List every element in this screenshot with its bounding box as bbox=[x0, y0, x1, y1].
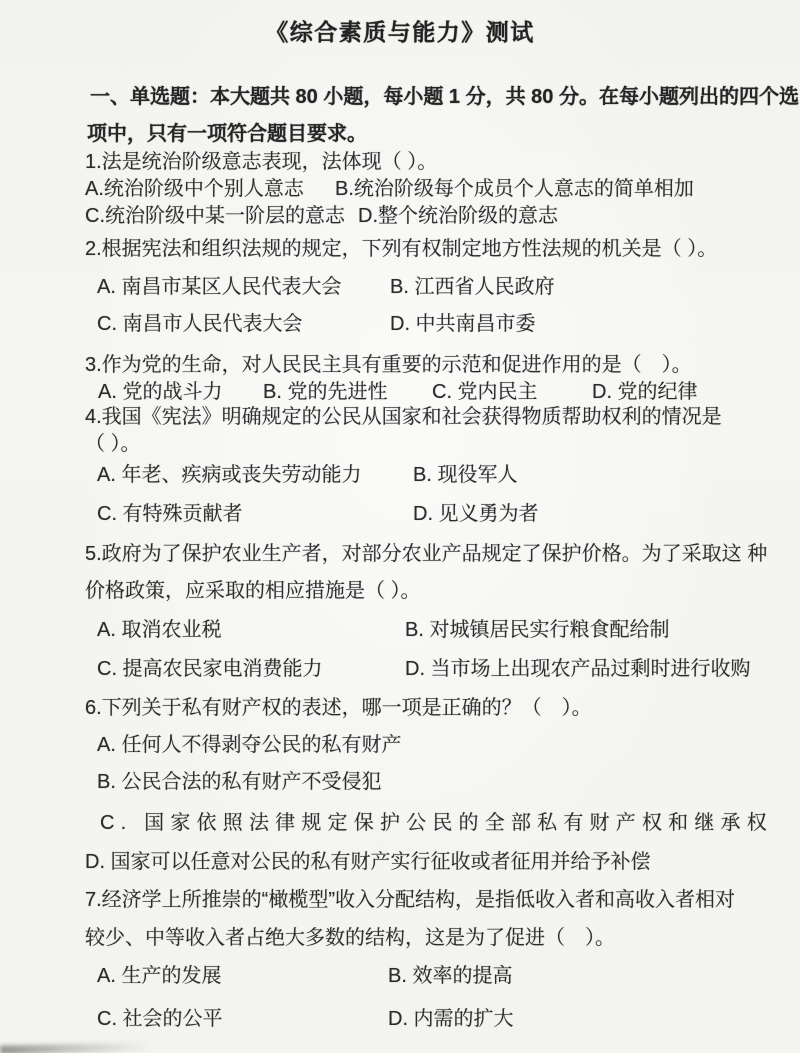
q2-option-c: C. 南昌市人民代表大会 bbox=[97, 311, 303, 337]
q1-option-c: C.统治阶级中某一阶层的意志 bbox=[85, 203, 345, 229]
q5-stem-text: 价格政策，应采取的相应措施是（ ）。 bbox=[85, 578, 421, 604]
q7-option-d: D. 内需的扩大 bbox=[388, 1006, 514, 1032]
q7-stem-text: 7.经济学上所推崇的“橄榄型”收入分配结构，是指低收入者和高收入者相对 bbox=[85, 887, 735, 913]
q6-option-d: D. 国家可以任意对公民的私有财产实行征收或者征用并给予补偿 bbox=[85, 849, 651, 875]
q4-stem-text: （ ）。 bbox=[85, 431, 141, 457]
q3-option-a: A. 党的战斗力 bbox=[98, 379, 222, 405]
q4-stem-line1: 4.我国《宪法》明确规定的公民从国家和社会获得物质帮助权利的情况是 bbox=[0, 404, 800, 430]
q5-options-row-2: C. 提高农民家电消费能力 D. 当市场上出现农产品过剩时进行收购 bbox=[0, 656, 800, 682]
q2-stem-text: 2.根据宪法和组织法规的规定，下列有权制定地方性法规的机关是（ ）。 bbox=[85, 236, 717, 262]
q5-stem-text: 5.政府为了保护农业生产者，对部分农业产品规定了保护价格。为了采取这 种 bbox=[85, 541, 767, 567]
q4-options-row-2: C. 有特殊贡献者 D. 见义勇为者 bbox=[0, 501, 800, 527]
q2-stem: 2.根据宪法和组织法规的规定，下列有权制定地方性法规的机关是（ ）。 bbox=[0, 236, 800, 262]
q7-option-a: A. 生产的发展 bbox=[97, 963, 221, 989]
q4-option-a: A. 年老、疾病或丧失劳动能力 bbox=[97, 462, 361, 488]
document-page: 《综合素质与能力》测试 一、单选题：本大题共 80 小题，每小题 1 分，共 8… bbox=[0, 0, 800, 1053]
q1-stem: 1.法是统治阶级意志表现，法体现（ ）。 bbox=[0, 149, 800, 175]
q5-option-c: C. 提高农民家电消费能力 bbox=[97, 656, 323, 682]
q4-option-d: D. 见义勇为者 bbox=[413, 501, 539, 527]
q3-options-row: A. 党的战斗力 B. 党的先进性 C. 党内民主 D. 党的纪律 bbox=[0, 379, 800, 405]
q6-option-b: B. 公民合法的私有财产不受侵犯 bbox=[97, 769, 381, 795]
q6-stem: 6.下列关于私有财产权的表述，哪一项是正确的？（ ）。 bbox=[0, 695, 800, 721]
q2-option-b: B. 江西省人民政府 bbox=[390, 274, 554, 300]
section-header-text: 一、单选题：本大题共 80 小题，每小题 1 分，共 80 分。在每小题列出的四… bbox=[90, 84, 799, 110]
q5-option-d: D. 当市场上出现农产品过剩时进行收购 bbox=[405, 656, 751, 682]
q4-option-c: C. 有特殊贡献者 bbox=[97, 501, 243, 527]
q3-option-b: B. 党的先进性 bbox=[263, 379, 387, 405]
q5-stem-line1: 5.政府为了保护农业生产者，对部分农业产品规定了保护价格。为了采取这 种 bbox=[0, 541, 800, 567]
section-header-line1: 一、单选题：本大题共 80 小题，每小题 1 分，共 80 分。在每小题列出的四… bbox=[0, 84, 800, 110]
q6-option-c-row: C. 国家依照法律规定保护公民的全部私有财产权和继承权 bbox=[0, 810, 800, 836]
q5-stem-line2: 价格政策，应采取的相应措施是（ ）。 bbox=[0, 578, 800, 604]
q7-option-c: C. 社会的公平 bbox=[97, 1006, 223, 1032]
q3-option-d: D. 党的纪律 bbox=[592, 379, 698, 405]
section-header-line2: 项中，只有一项符合题目要求。 bbox=[0, 121, 800, 147]
q5-options-row-1: A. 取消农业税 B. 对城镇居民实行粮食配给制 bbox=[0, 617, 800, 643]
q5-option-a: A. 取消农业税 bbox=[97, 617, 221, 643]
q4-options-row-1: A. 年老、疾病或丧失劳动能力 B. 现役军人 bbox=[0, 462, 800, 488]
q1-option-b: B.统治阶级每个成员个人意志的简单相加 bbox=[335, 176, 694, 202]
q7-stem-line1: 7.经济学上所推崇的“橄榄型”收入分配结构，是指低收入者和高收入者相对 bbox=[0, 887, 800, 913]
q6-option-c: C. 国家依照法律规定保护公民的全部私有财产权和继承权 bbox=[100, 810, 773, 836]
q1-stem-text: 1.法是统治阶级意志表现，法体现（ ）。 bbox=[85, 149, 437, 175]
q7-options-row-2: C. 社会的公平 D. 内需的扩大 bbox=[0, 1006, 800, 1032]
q6-stem-text: 6.下列关于私有财产权的表述，哪一项是正确的？（ ）。 bbox=[85, 695, 592, 721]
q6-option-a: A. 任何人不得剥夺公民的私有财产 bbox=[97, 732, 401, 758]
q4-stem-line2: （ ）。 bbox=[0, 431, 800, 457]
q2-option-d: D. 中共南昌市委 bbox=[390, 311, 536, 337]
q7-options-row-1: A. 生产的发展 B. 效率的提高 bbox=[0, 963, 800, 989]
q1-option-a: A.统治阶级中个别人意志 bbox=[85, 176, 304, 202]
q1-option-d: D.整个统治阶级的意志 bbox=[358, 203, 558, 229]
q5-option-b: B. 对城镇居民实行粮食配给制 bbox=[405, 617, 669, 643]
q1-options-row-1: A.统治阶级中个别人意志 B.统治阶级每个成员个人意志的简单相加 bbox=[0, 176, 800, 202]
q3-option-c: C. 党内民主 bbox=[432, 379, 538, 405]
q1-options-row-2: C.统治阶级中某一阶层的意志 D.整个统治阶级的意志 bbox=[0, 203, 800, 229]
q7-stem-line2: 较少、中等收入者占绝大多数的结构，这是为了促进（ ）。 bbox=[0, 925, 800, 951]
q7-option-b: B. 效率的提高 bbox=[388, 963, 512, 989]
q6-option-a-row: A. 任何人不得剥夺公民的私有财产 bbox=[0, 732, 800, 758]
q3-stem: 3.作为党的生命，对人民民主具有重要的示范和促进作用的是（ ）。 bbox=[0, 352, 800, 378]
q6-option-b-row: B. 公民合法的私有财产不受侵犯 bbox=[0, 769, 800, 795]
q6-option-d-row: D. 国家可以任意对公民的私有财产实行征收或者征用并给予补偿 bbox=[0, 849, 800, 875]
q2-option-a: A. 南昌市某区人民代表大会 bbox=[97, 274, 341, 300]
page-title: 《综合素质与能力》测试 bbox=[0, 14, 800, 47]
q7-stem-text: 较少、中等收入者占绝大多数的结构，这是为了促进（ ）。 bbox=[85, 925, 615, 951]
q4-option-b: B. 现役军人 bbox=[413, 462, 517, 488]
q4-stem-text: 4.我国《宪法》明确规定的公民从国家和社会获得物质帮助权利的情况是 bbox=[85, 404, 722, 430]
q3-stem-text: 3.作为党的生命，对人民民主具有重要的示范和促进作用的是（ ）。 bbox=[85, 352, 692, 378]
section-header-text: 项中，只有一项符合题目要求。 bbox=[87, 121, 367, 147]
q2-options-row-1: A. 南昌市某区人民代表大会 B. 江西省人民政府 bbox=[0, 274, 800, 300]
scan-artifact bbox=[0, 1042, 150, 1053]
q2-options-row-2: C. 南昌市人民代表大会 D. 中共南昌市委 bbox=[0, 311, 800, 337]
